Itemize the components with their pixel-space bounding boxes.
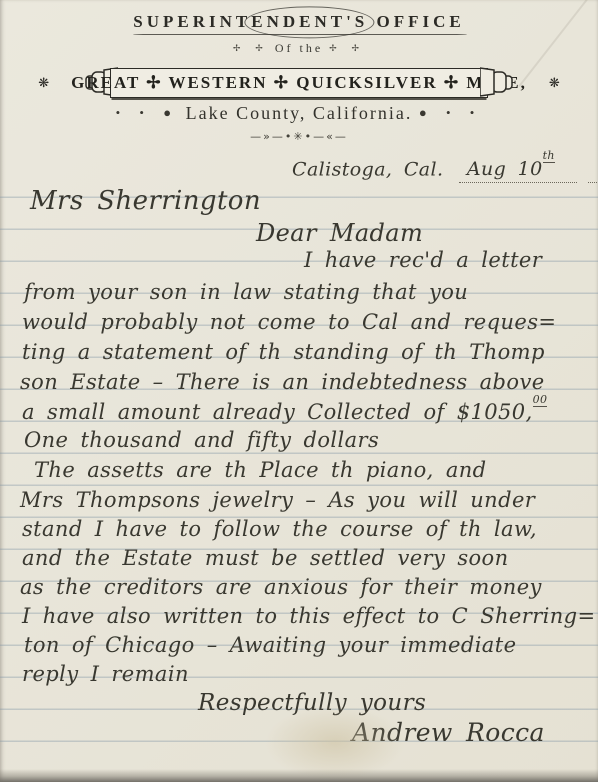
scan-bottom-edge xyxy=(0,769,598,782)
ribbon-scroll-right-icon xyxy=(480,64,514,100)
banner-ribbon: ❋ GREAT ✢ WESTERN ✢ QUICKSILVER ✢ MINE, … xyxy=(84,64,514,100)
letter-line-text: ting a statement of th standing of th Th… xyxy=(22,340,545,364)
recipient-line: Mrs Sherrington xyxy=(30,186,261,216)
letter-line-text: I have also written to this effect to C … xyxy=(22,604,596,628)
office-title: SUPERINTENDENT'S OFFICE xyxy=(127,10,470,35)
letter-line: I have rec'd a letter xyxy=(304,248,542,272)
dateline: Calistoga, Cal. Aug 10th 1891. xyxy=(292,158,598,180)
letter-line-text: reply I remain xyxy=(22,662,189,686)
leaf-ornament-right: ✢ ✢ xyxy=(329,44,365,54)
letter-line-text: as the creditors are anxious for their m… xyxy=(20,575,542,599)
letter-line: and the Estate must be settled very soon xyxy=(22,546,509,570)
amount-superscript: 00 xyxy=(533,393,548,407)
banner-bar: ❋ GREAT ✢ WESTERN ✢ QUICKSILVER ✢ MINE, … xyxy=(110,68,488,98)
letter-line: a small amount already Collected of $105… xyxy=(22,400,547,424)
location-line: • • ● Lake County, California. ● • • xyxy=(0,103,598,124)
letter-line: ting a statement of th standing of th Th… xyxy=(22,340,545,364)
dateline-month-day: Aug 10th xyxy=(459,158,577,183)
letter-line: reply I remain xyxy=(22,662,189,686)
star-burst-icon: ❋ xyxy=(38,76,49,91)
letterhead: SUPERINTENDENT'S OFFICE ✢ ✢ Of the ✢ ✢ xyxy=(0,10,598,56)
banner-title: GREAT ✢ WESTERN ✢ QUICKSILVER ✢ MINE, xyxy=(71,73,527,93)
letter-line-text: stand I have to follow the course of th … xyxy=(22,517,537,541)
letter-line-text: I have rec'd a letter xyxy=(304,248,542,272)
letter-line: would probably not come to Cal and reque… xyxy=(22,310,556,334)
dateline-year: 1891. xyxy=(588,158,598,183)
dots-ornament-left: • • ● xyxy=(116,105,179,120)
letter-line-text: from your son in law stating that you xyxy=(24,280,468,304)
letter-line: ton of Chicago – Awaiting your immediate xyxy=(24,633,516,657)
letter-line-text: Mrs Thompsons jewelry – As you will unde… xyxy=(20,488,535,512)
location-text: Lake County, California. xyxy=(186,103,413,123)
star-burst-icon: ❋ xyxy=(549,76,560,91)
letter-line: One thousand and fifty dollars xyxy=(24,428,379,452)
dateline-place: Calistoga, Cal. xyxy=(292,158,443,180)
salutation-line: Dear Madam xyxy=(256,219,423,247)
letter-line: from your son in law stating that you xyxy=(24,280,468,304)
letter-line: stand I have to follow the course of th … xyxy=(22,517,537,541)
letter-line: son Estate – There is an indebtedness ab… xyxy=(20,370,545,394)
dateline-month-day-text: Aug 10 xyxy=(467,158,543,180)
of-the-line: ✢ ✢ Of the ✢ ✢ xyxy=(0,41,598,56)
letter-line-text: The assetts are th Place th piano, and xyxy=(34,458,487,482)
of-the-text: Of the xyxy=(275,41,323,55)
letter-line-text: and the Estate must be settled very soon xyxy=(22,546,509,570)
dateline-day-suffix: th xyxy=(543,149,555,163)
letter-line-text: One thousand and fifty dollars xyxy=(24,428,379,452)
letter-line-text: ton of Chicago – Awaiting your immediate xyxy=(24,633,516,657)
letter-line: as the creditors are anxious for their m… xyxy=(20,575,542,599)
letter-line-text: would probably not come to Cal and reque… xyxy=(22,310,556,334)
letter-line: Mrs Thompsons jewelry – As you will unde… xyxy=(20,488,535,512)
leaf-ornament-left: ✢ ✢ xyxy=(233,44,269,54)
letter-page: SUPERINTENDENT'S OFFICE ✢ ✢ Of the ✢ ✢ ❋… xyxy=(0,0,598,782)
oval-ornament xyxy=(244,6,374,38)
letter-line: The assetts are th Place th piano, and xyxy=(34,458,487,482)
divider-ornament: —»—•✳•—«— xyxy=(0,130,598,143)
letter-line: I have also written to this effect to C … xyxy=(22,604,596,628)
letter-line-text: son Estate – There is an indebtedness ab… xyxy=(20,370,545,394)
letter-line-text: a small amount already Collected of $105… xyxy=(22,400,533,424)
dots-ornament-right: ● • • xyxy=(419,105,482,120)
